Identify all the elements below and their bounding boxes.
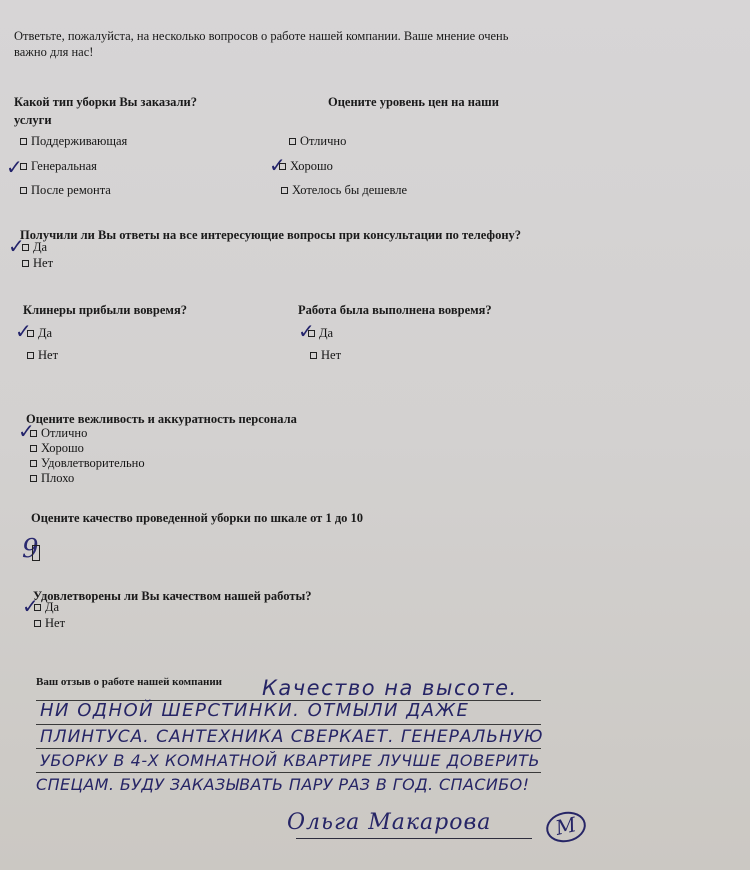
checkmark-icon: ✓ [8, 236, 25, 256]
option-posle-remonta[interactable]: После ремонта [20, 183, 111, 198]
checkbox-icon [30, 460, 37, 467]
intro-line-2: важно для нас! [14, 44, 614, 60]
intro-text: Ответьте, пожалуйста, на несколько вопро… [14, 28, 614, 60]
option-label: После ремонта [31, 183, 111, 198]
question-cleaning-type: Какой тип уборки Вы заказали? услуги [14, 94, 197, 128]
option-label: Удовлетворительно [41, 456, 145, 471]
option-label: Хотелось бы дешевле [292, 183, 407, 198]
option-label: Нет [33, 256, 53, 271]
option-label: Генеральная [31, 159, 97, 174]
option-politeness-khorosho[interactable]: Хорошо [30, 441, 84, 456]
option-price-khorosho[interactable]: Хорошо [279, 159, 333, 174]
option-politeness-plokho[interactable]: Плохо [30, 471, 74, 486]
checkbox-icon [34, 620, 41, 627]
option-label: Плохо [41, 471, 74, 486]
option-label: Отлично [300, 134, 346, 149]
option-label: Нет [321, 348, 341, 363]
checkmark-icon: ✓ [15, 321, 32, 341]
option-price-cheaper[interactable]: Хотелось бы дешевле [281, 183, 407, 198]
option-label: Нет [45, 616, 65, 631]
option-label: Да [33, 240, 47, 255]
option-phone-da[interactable]: Да [22, 240, 47, 255]
option-label: Да [319, 326, 333, 341]
checkmark-icon: ✓ [18, 421, 35, 441]
signature-rule [296, 838, 532, 839]
feedback-rule [36, 748, 541, 749]
feedback-label: Ваш отзыв о работе нашей компании [36, 674, 222, 690]
option-arrival-net[interactable]: Нет [27, 348, 58, 363]
checkbox-icon [281, 187, 288, 194]
question-phone-title: Получили ли Вы ответы на все интересующи… [20, 227, 521, 243]
checkbox-icon [30, 445, 37, 452]
question-arrival-title: Клинеры прибыли вовремя? [23, 302, 187, 318]
option-podderzhivayushchaya[interactable]: Поддерживающая [20, 134, 127, 149]
option-label: Поддерживающая [31, 134, 127, 149]
checkbox-icon [20, 138, 27, 145]
checkmark-icon: ✓ [269, 155, 286, 175]
option-ontime-net[interactable]: Нет [310, 348, 341, 363]
option-politeness-udovl[interactable]: Удовлетворительно [30, 456, 145, 471]
checkbox-icon [20, 187, 27, 194]
option-label: Хорошо [290, 159, 333, 174]
feedback-line-5[interactable]: СПЕЦАМ. БУДУ ЗАКАЗЫВАТЬ ПАРУ РАЗ В ГОД. … [36, 775, 529, 794]
option-label: Хорошо [41, 441, 84, 456]
feedback-line-4[interactable]: УБОРКУ В 4-Х КОМНАТНОЙ КВАРТИРЕ ЛУЧШЕ ДО… [40, 751, 540, 770]
feedback-rule [36, 772, 541, 773]
question-price-title: Оцените уровень цен на наши [328, 94, 499, 110]
signature-mark: М [543, 808, 588, 846]
option-price-otlichno[interactable]: Отлично [289, 134, 346, 149]
option-label: Да [38, 326, 52, 341]
checkmark-icon: ✓ [298, 321, 315, 341]
checkmark-icon: ✓ [6, 157, 23, 177]
checkbox-icon [310, 352, 317, 359]
option-phone-net[interactable]: Нет [22, 256, 53, 271]
question-title: Какой тип уборки Вы заказали? [14, 94, 197, 110]
option-generalnaya[interactable]: Генеральная [20, 159, 97, 174]
score-box [32, 545, 40, 561]
question-politeness-title: Оцените вежливость и аккуратность персон… [26, 411, 297, 427]
feedback-line-2[interactable]: НИ ОДНОЙ ШЕРСТИНКИ. ОТМЫЛИ ДАЖЕ [40, 700, 469, 721]
checkbox-icon [27, 352, 34, 359]
question-satisfied-title: Удовлетворены ли Вы качеством нашей рабо… [33, 588, 312, 604]
option-politeness-otlichno[interactable]: Отлично [30, 426, 87, 441]
intro-line-1: Ответьте, пожалуйста, на несколько вопро… [14, 28, 614, 44]
feedback-rule [36, 724, 541, 725]
option-satisfied-net[interactable]: Нет [34, 616, 65, 631]
feedback-line-1[interactable]: Качество на высоте. [262, 676, 518, 700]
signature-name: Ольга Макарова [287, 810, 491, 835]
question-ontime-title: Работа была выполнена вовремя? [298, 302, 492, 318]
option-label: Нет [38, 348, 58, 363]
checkmark-icon: ✓ [22, 596, 39, 616]
question-score-title: Оцените качество проведенной уборки по ш… [31, 510, 363, 526]
feedback-line-3[interactable]: ПЛИНТУСА. САНТЕХНИКА СВЕРКАЕТ. ГЕНЕРАЛЬН… [40, 727, 544, 747]
question-title-continued: услуги [14, 112, 197, 128]
checkbox-icon [289, 138, 296, 145]
option-label: Отлично [41, 426, 87, 441]
option-label: Да [45, 600, 59, 615]
checkbox-icon [30, 475, 37, 482]
checkbox-icon [22, 260, 29, 267]
